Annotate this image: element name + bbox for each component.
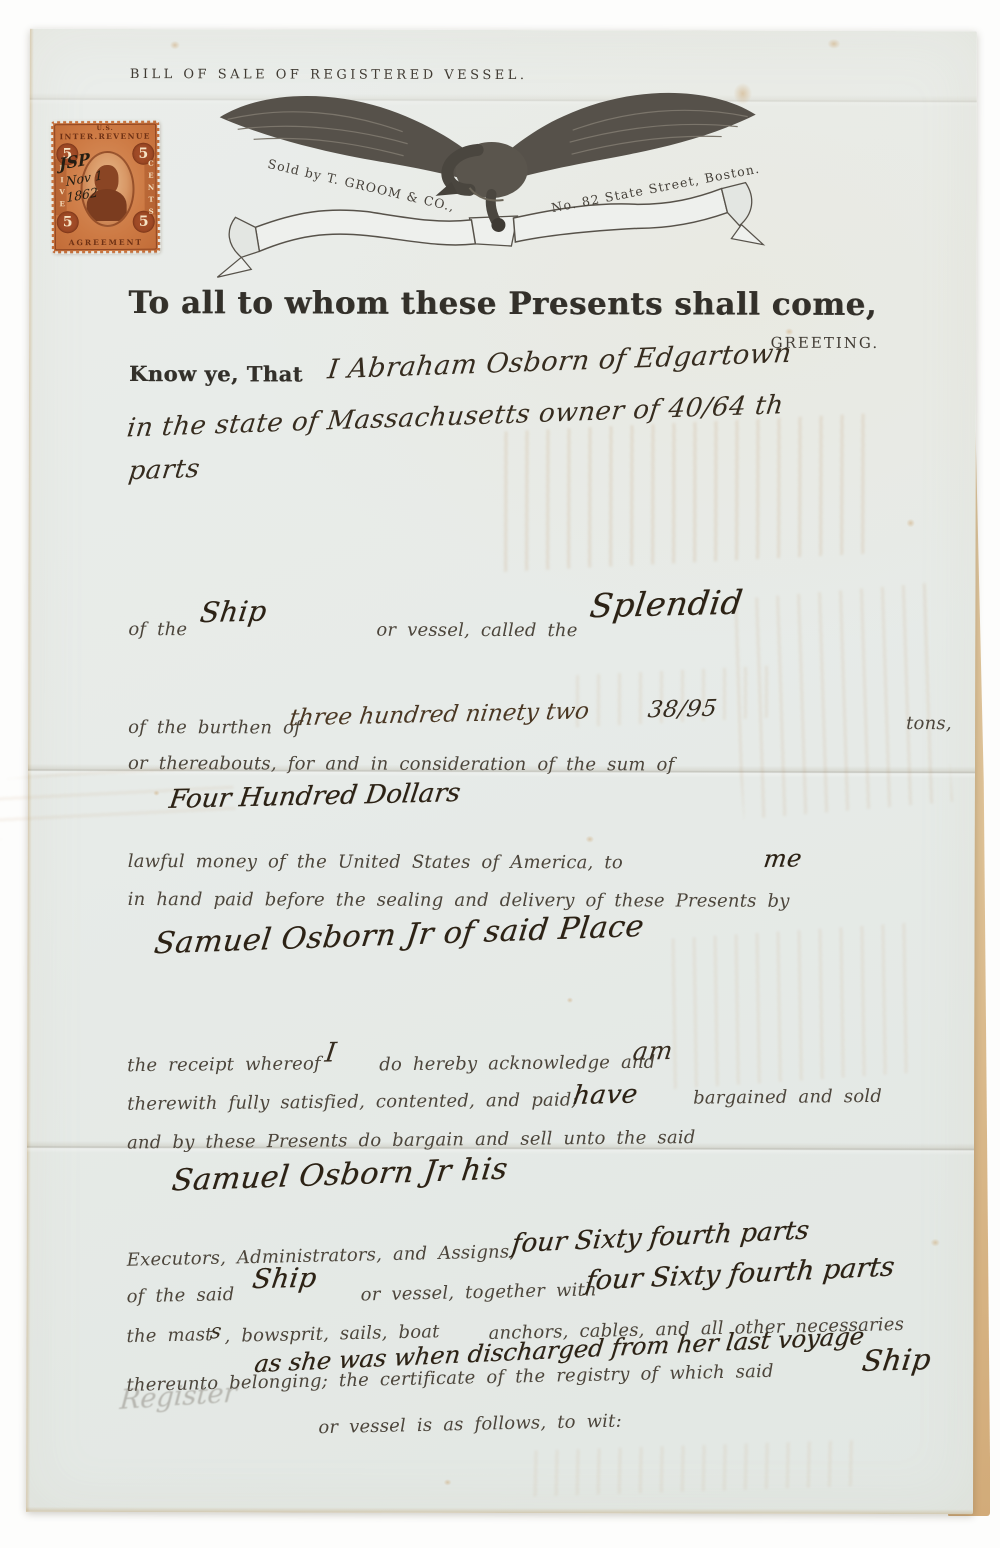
acknowledge-label: do hereby acknowledge and	[379, 1052, 655, 1076]
foxing-spot	[442, 1478, 453, 1487]
grantor-name-handwriting: I Abraham Osborn of Edgartown	[326, 338, 794, 385]
to-whom-handwriting: me	[762, 844, 804, 873]
receipt-i-handwriting: I	[323, 1037, 338, 1068]
burthen-label: of the burthen of	[128, 717, 301, 738]
parts-handwriting: parts	[127, 454, 202, 487]
salutation-title: To all to whom these Presents shall come…	[29, 285, 976, 323]
state-line-handwriting: in the state of Massachusetts owner of 4…	[125, 390, 785, 443]
parts-sold-2-handwriting: four Sixty fourth parts	[584, 1252, 896, 1297]
foxing-spot	[565, 996, 574, 1004]
ink-bleedthrough	[495, 413, 881, 572]
or-vessel-follows-label: or vessel is as follows, to wit:	[318, 1411, 622, 1439]
tons-label: tons,	[906, 713, 952, 734]
bill-of-sale-paper: BILL OF SALE OF REGISTERED VESSEL. U.S. …	[26, 29, 977, 1514]
burthen-fraction-handwriting: 38/95	[646, 696, 719, 724]
vessel-type-handwriting: Ship	[198, 595, 269, 630]
scanned-document-page: BILL OF SALE OF REGISTERED VESSEL. U.S. …	[0, 0, 1000, 1548]
mast-plural-handwriting: s	[209, 1319, 224, 1343]
paper-left-edge	[26, 29, 34, 1512]
vessel-type-2-handwriting: Ship	[250, 1263, 318, 1295]
pencil-ghost-note: Register	[119, 1377, 238, 1416]
bargained-sold-label: bargained and sold	[693, 1086, 882, 1109]
and-by-these-label: and by these Presents do bargain and sel…	[127, 1127, 696, 1153]
lawful-money-label: lawful money of the United States of Ame…	[128, 851, 623, 873]
burthen-words-handwriting: three hundred ninety two	[288, 698, 591, 731]
vessel-name-handwriting: Splendid	[588, 583, 746, 626]
receipt-am-handwriting: am	[631, 1036, 675, 1066]
sum-handwriting: Four Hundred Dollars	[167, 778, 462, 815]
of-the-label: of the	[128, 619, 187, 640]
consideration-label: or thereabouts, for and in consideration…	[128, 753, 675, 775]
foxing-spot	[168, 39, 182, 51]
ink-bleedthrough	[526, 1440, 857, 1497]
foxing-spot	[152, 789, 161, 797]
stamp-agreement-label: AGREEMENT	[52, 238, 160, 248]
receipt-whereof-label: the receipt whereof	[127, 1053, 321, 1076]
in-hand-label: in hand paid before the sealing and deli…	[128, 889, 790, 912]
foxing-spot	[905, 517, 917, 529]
vessel-type-3-handwriting: Ship	[860, 1342, 933, 1378]
grantee-handwriting: Samuel Osborn Jr his	[170, 1152, 510, 1199]
of-the-said-label: of the said	[126, 1284, 234, 1307]
the-mast-label: the mast	[126, 1324, 213, 1347]
foxing-spot	[929, 1237, 942, 1248]
executors-label: Executors, Administrators, and Assigns,	[127, 1241, 516, 1270]
stamp-cents-label: CENTS	[144, 159, 155, 215]
know-ye-label: Know ye, That	[129, 361, 303, 386]
parts-sold-1-handwriting: four Sixty fourth parts	[510, 1216, 811, 1260]
therewith-label: therewith fully satisfied, contented, an…	[127, 1089, 578, 1114]
ink-bleedthrough	[725, 582, 953, 819]
or-vessel-together-label: or vessel, together with	[360, 1279, 597, 1305]
foxing-spot	[584, 834, 596, 844]
have-handwriting: have	[571, 1080, 640, 1111]
foxing-spot	[825, 37, 843, 51]
or-vessel-called-label: or vessel, called the	[376, 620, 577, 642]
paper-bottom-edge	[26, 1507, 973, 1514]
payer-handwriting: Samuel Osborn Jr of said Place	[152, 909, 646, 961]
stamp-cancellation: JSP Nov 1 1862	[59, 147, 104, 207]
ink-bleedthrough	[663, 923, 923, 1089]
revenue-stamp: U.S. INTER.REVENUE 5 5 5 5 FIVE CENTS AG…	[51, 121, 160, 254]
stamp-title-label: INTER.REVENUE	[51, 132, 159, 142]
eagle-engraving: Sold by T. GROOM & CO., No. 82 State Str…	[207, 77, 770, 286]
